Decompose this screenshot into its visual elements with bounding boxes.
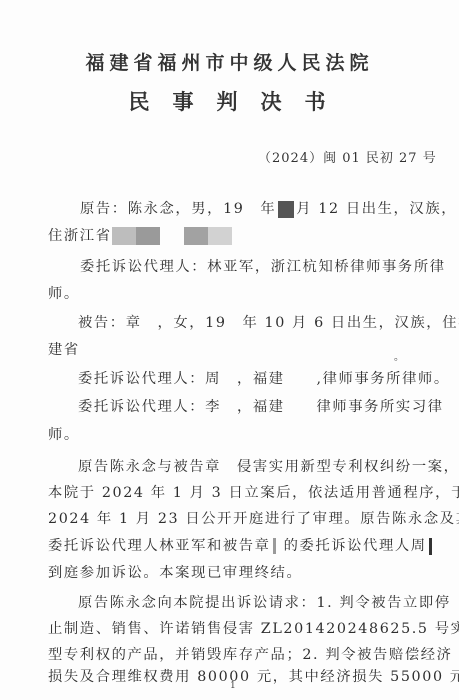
paragraph-case-line-3: 2024 年 1 月 23 日公开开庭进行了审理。原告陈永念及其 bbox=[48, 508, 459, 528]
redaction-block bbox=[278, 201, 294, 218]
defendant-line: 被告：章 ，女，19 年 10 月 6 日出生，汉族，住福 bbox=[78, 312, 459, 332]
redaction-block bbox=[184, 227, 208, 245]
text-segment: 委托诉讼代理人林亚军和被告章 bbox=[48, 538, 271, 554]
paragraph-claims-line-3: 型专利权的产品，并销毁库存产品；2. 判令被告赔偿经济 bbox=[48, 644, 453, 664]
paragraph-case-line-1: 原告陈永念与被告章 侵害实用新型专利权纠纷一案， bbox=[78, 456, 459, 476]
redaction-block bbox=[136, 227, 160, 245]
paragraph-claims-line-1: 原告陈永念向本院提出诉讼请求：1. 判令被告立即停 bbox=[78, 592, 451, 612]
text-segment: 原告：陈永念，男，19 年 bbox=[80, 201, 276, 217]
defendant-address-line: 建省 bbox=[48, 339, 80, 359]
case-number: （2024）闽 01 民初 27 号 bbox=[258, 147, 437, 166]
paragraph-claims-line-2: 止制造、销售、许诺销售侵害 ZL201420248625.5 号实用新 bbox=[48, 618, 459, 638]
plaintiff-agent-line: 委托诉讼代理人：林亚军，浙江杭知桥律师事务所律 bbox=[80, 256, 446, 276]
redaction-block bbox=[112, 227, 136, 245]
defendant-address-end: 。 bbox=[394, 348, 406, 363]
plaintiff-agent-line-cont: 师。 bbox=[48, 283, 80, 303]
paragraph-case-line-2: 本院于 2024 年 1 月 3 日立案后，依法适用普通程序，于 bbox=[48, 482, 459, 502]
document-page: 福建省福州市中级人民法院 民事判决书 （2024）闽 01 民初 27 号 原告… bbox=[0, 0, 459, 700]
text-segment: 住浙江省 bbox=[48, 228, 112, 244]
redaction-block bbox=[208, 227, 232, 245]
text-segment: 月 12 日出生，汉族， bbox=[296, 201, 457, 217]
document-type-title: 民事判决书 bbox=[0, 86, 459, 116]
page-number: 1 bbox=[230, 681, 236, 691]
spacer bbox=[160, 227, 184, 245]
paragraph-case-line-4: 委托诉讼代理人林亚军和被告章的委托诉讼代理人周 bbox=[48, 535, 432, 555]
text-segment: 的委托诉讼代理人周 bbox=[284, 538, 427, 554]
redaction-block bbox=[429, 538, 432, 555]
defendant-agent-1-line: 委托诉讼代理人：周 ，福建 ,律师事务所律师。 bbox=[78, 368, 450, 388]
defendant-agent-2-line-cont: 师。 bbox=[48, 424, 80, 444]
redaction-block bbox=[273, 538, 276, 554]
court-name: 福建省福州市中级人民法院 bbox=[0, 48, 459, 75]
plaintiff-address-line: 住浙江省 bbox=[48, 225, 232, 245]
defendant-agent-2-line: 委托诉讼代理人：李 ，福建 律师事务所实习律 bbox=[78, 396, 444, 416]
paragraph-claims-line-4: 损失及合理维权费用 80000 元，其中经济损失 55000 元， bbox=[48, 666, 459, 686]
plaintiff-line: 原告：陈永念，男，19 年月 12 日出生，汉族， bbox=[80, 198, 457, 218]
paragraph-case-line-5: 到庭参加诉讼。本案现已审理终结。 bbox=[48, 562, 302, 582]
